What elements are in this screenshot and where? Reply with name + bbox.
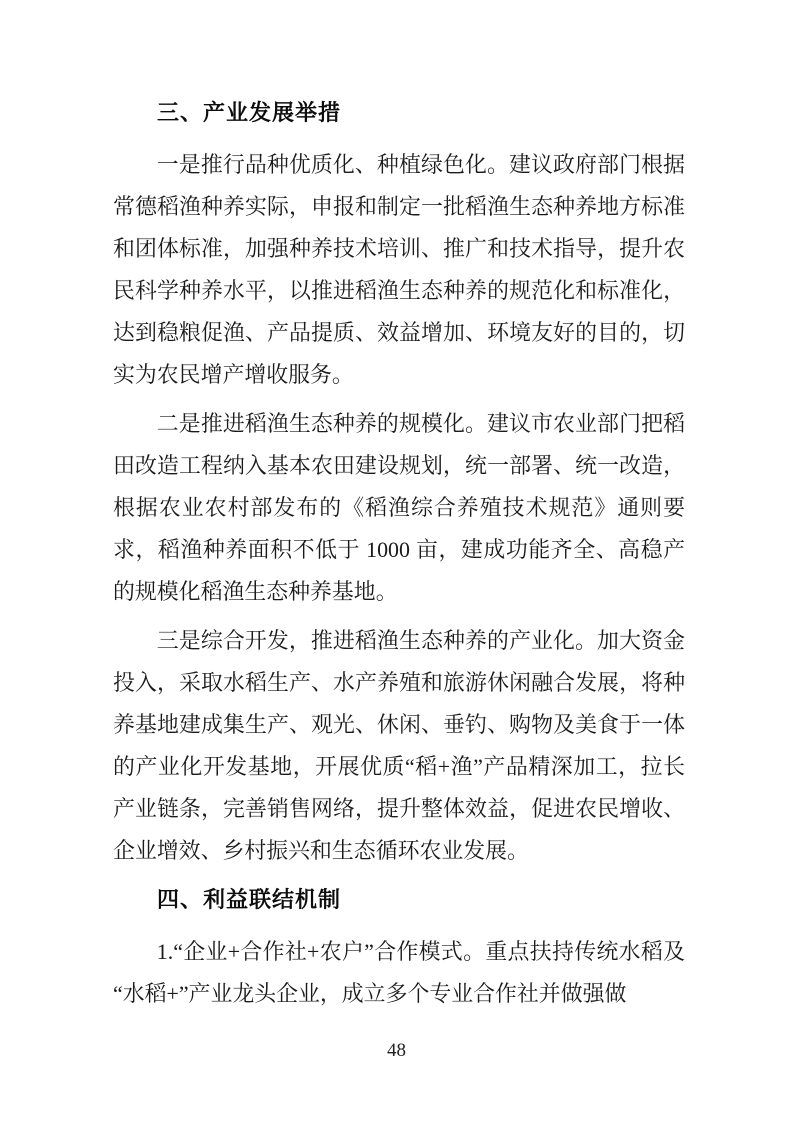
document-content: 三、产业发展举措一是推行品种优质化、种植绿色化。建议政府部门根据常德稻渔种养实际… bbox=[113, 92, 685, 1022]
page-number: 48 bbox=[0, 1040, 793, 1062]
doc-heading: 四、利益联结机制 bbox=[113, 879, 685, 921]
document-page: 三、产业发展举措一是推行品种优质化、种植绿色化。建议政府部门根据常德稻渔种养实际… bbox=[0, 0, 793, 1122]
doc-paragraph: 一是推行品种优质化、种植绿色化。建议政府部门根据常德稻渔种养实际，申报和制定一批… bbox=[113, 144, 685, 396]
doc-paragraph: 二是推进稻渔生态种养的规模化。建议市农业部门把稻田改造工程纳入基本农田建设规划，… bbox=[113, 403, 685, 613]
doc-paragraph: 三是综合开发，推进稻渔生态种养的产业化。加大资金投入，采取水稻生产、水产养殖和旅… bbox=[113, 620, 685, 872]
doc-paragraph: 1.“企业+合作社+农户”合作模式。重点扶持传统水稻及“水稻+”产业龙头企业，成… bbox=[113, 931, 685, 1015]
doc-heading: 三、产业发展举措 bbox=[113, 92, 685, 134]
